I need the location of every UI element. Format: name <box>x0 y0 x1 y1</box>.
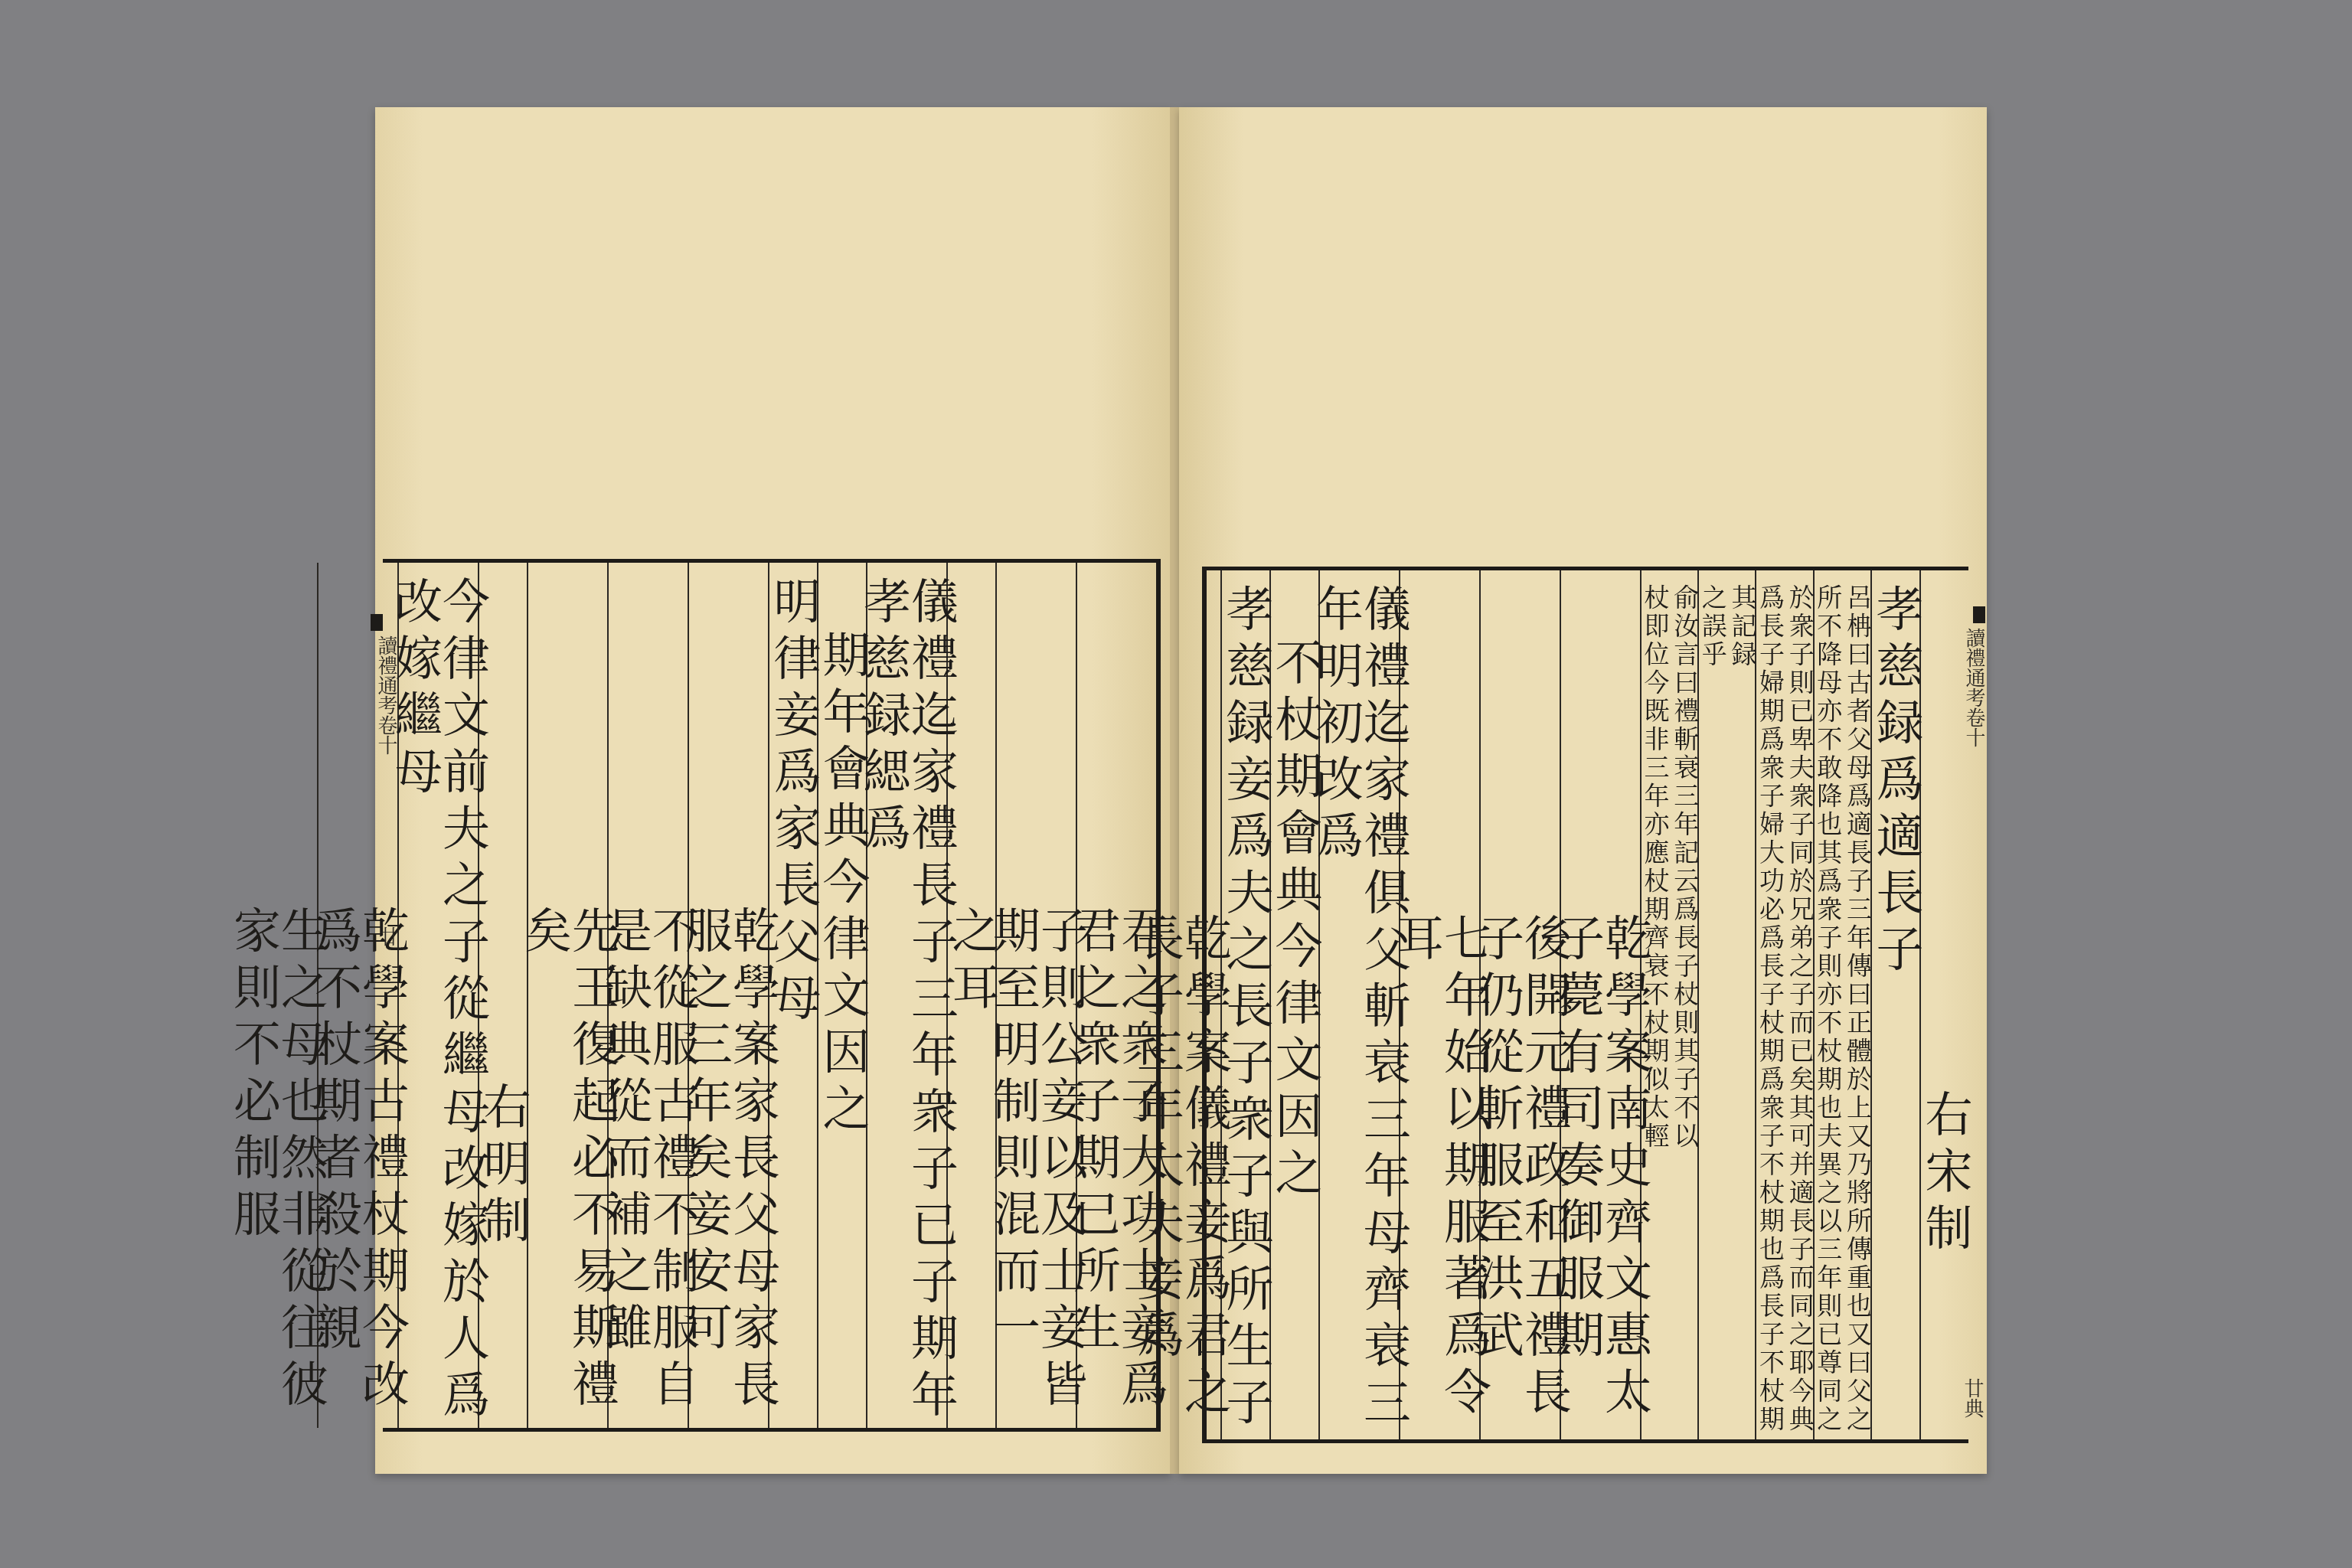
right-page-columns: 右宋制孝慈録爲適長子呂柟曰古者父母爲適長子三年傳曰正體於上又乃將所傳重也又曰父之… <box>1207 570 1968 1439</box>
column-text: 先王復起必不易斯禮矣 <box>521 906 616 1428</box>
annotation-text: 於衆子則已卑夫衆子同於兄弟之子而已矣其可并適長子而同之耶今典 <box>1786 584 1813 1439</box>
fold-fishtail-mark <box>371 614 383 631</box>
fold-fishtail-mark-right <box>1973 606 1985 623</box>
text-column: 於衆子則已卑夫衆子同於兄弟之子而已矣其可并適長子而同之耶今典爲長子婦期爲衆子婦大… <box>1755 570 1812 1439</box>
annotation-text: 爲長子婦期爲衆子婦大功必爲長子杖期爲衆子不杖期也爲長子不杖期 <box>1756 584 1783 1439</box>
annotation-text: 俞汝言曰禮斬衰三年記云爲長子杖則其子不以 <box>1671 584 1698 1439</box>
section-heading-text: 儀禮迄家禮長子三年衆子已子期年孝慈録緦爲 <box>860 577 955 1428</box>
left-fold-margin-title: 讀禮通考卷十 <box>372 635 400 755</box>
left-page-print-frame: 君之衆子大功士妾爲君之衆子期已所生子則公妾以及士妾皆期至明制則混而一之耳儀禮迄家… <box>383 559 1161 1432</box>
column-text: 期年會典今律文因之 <box>818 630 866 1428</box>
text-column: 儀禮迄家禮俱父斬衰三年母齊衰三年明初改爲 <box>1318 570 1399 1439</box>
annotation-text: 所不降母亦不敢降也其爲衆子則亦不杖期也夫異之以三年則已尊同之 <box>1815 584 1841 1439</box>
annotation-double-line: 其記録之誤乎 <box>1699 584 1755 1439</box>
right-fold-margin-page: 廿典 <box>1958 1378 1987 1418</box>
right-fold-margin-title: 讀禮通考卷十 <box>1960 628 1988 747</box>
annotation-double-line: 呂柟曰古者父母爲適長子三年傳曰正體於上又乃將所傳重也又曰父之所不降母亦不敢降也其… <box>1815 584 1870 1439</box>
text-column: 子則公妾以及士妾皆期至明制則混而一 <box>995 563 1076 1428</box>
column-text: 乾學案儀禮妾爲君之長子三年大夫妾爲 <box>1132 913 1227 1439</box>
left-page: 君之衆子大功士妾爲君之衆子期已所生子則公妾以及士妾皆期至明制則混而一之耳儀禮迄家… <box>375 107 1171 1474</box>
text-column: 生之母也然非從往彼家則不必制服 <box>237 563 317 1428</box>
text-column: 不杖期會典今律文因之 <box>1269 570 1318 1439</box>
text-column: 期年會典今律文因之 <box>817 563 866 1428</box>
annotation-text: 呂柟曰古者父母爲適長子三年傳曰正體於上又乃將所傳重也又曰父之 <box>1844 584 1870 1439</box>
text-column: 儀禮迄家禮長子三年衆子已子期年孝慈録緦爲 <box>866 563 946 1428</box>
right-page: 右宋制孝慈録爲適長子呂柟曰古者父母爲適長子三年傳曰正體於上又乃將所傳重也又曰父之… <box>1179 107 1987 1474</box>
column-text: 不杖期會典今律文因之 <box>1271 638 1318 1439</box>
text-column: 孝慈録爲適長子 <box>1870 570 1919 1439</box>
annotation-text: 之誤乎 <box>1699 584 1726 1439</box>
annotation-double-line: 於衆子則已卑夫衆子同於兄弟之子而已矣其可并適長子而同之耶今典爲長子婦期爲衆子婦大… <box>1756 584 1812 1439</box>
open-book: 君之衆子大功士妾爲君之衆子期已所生子則公妾以及士妾皆期至明制則混而一之耳儀禮迄家… <box>360 100 2006 1485</box>
section-heading-text: 儀禮迄家禮俱父斬衰三年母齊衰三年明初改爲 <box>1312 584 1406 1439</box>
column-text: 生之母也然非從往彼家則不必制服 <box>230 906 325 1428</box>
left-fold-margin-page: 廿 <box>374 926 402 946</box>
left-page-columns: 君之衆子大功士妾爲君之衆子期已所生子則公妾以及士妾皆期至明制則混而一之耳儀禮迄家… <box>383 563 1156 1428</box>
section-heading-text: 孝慈録爲適長子 <box>1872 584 1919 1439</box>
text-column: 乾學案儀禮妾爲君之長子三年大夫妾爲 <box>1140 570 1220 1439</box>
annotation-text: 其記録 <box>1729 584 1756 1439</box>
text-column: 其記録之誤乎 <box>1697 570 1755 1439</box>
column-text: 子則公妾以及士妾皆期至明制則混而一 <box>989 906 1084 1428</box>
text-column: 呂柟曰古者父母爲適長子三年傳曰正體於上又乃將所傳重也又曰父之所不降母亦不敢降也其… <box>1813 570 1870 1439</box>
right-page-print-frame: 右宋制孝慈録爲適長子呂柟曰古者父母爲適長子三年傳曰正體於上又乃將所傳重也又曰父之… <box>1202 567 1968 1443</box>
text-column: 先王復起必不易斯禮矣 <box>527 563 607 1428</box>
